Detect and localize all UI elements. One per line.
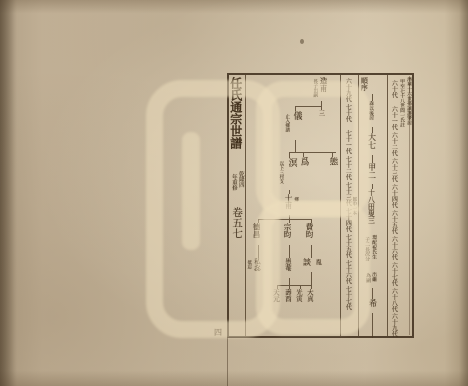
generation-label: 六十六代 xyxy=(390,236,396,261)
generation-label: 六十五代 xyxy=(390,210,396,235)
column-divider xyxy=(387,75,388,336)
generation-label: 六十代 xyxy=(390,80,396,105)
generation-label: 六十三代 xyxy=(390,158,396,183)
generation-label: 六十四代 xyxy=(390,184,396,209)
ink-smudge xyxy=(300,39,304,44)
scanned-genealogy-page: 任氏通宗世譜 乾隆四 年重修 卷五七 四 造甫 長子出嗣 三 儀 止入鄉譜 爲 … xyxy=(0,0,468,386)
lineage-line xyxy=(372,94,373,101)
lineage-line xyxy=(372,313,373,338)
watermark-shape xyxy=(256,81,370,217)
book-left-edge-shadow xyxy=(0,0,17,386)
lineage-line xyxy=(372,288,373,299)
lineage-line xyxy=(372,155,373,163)
lineage-annotation: 出繼 xyxy=(371,272,376,286)
lineage-annotation: 璟配祝氏生 xyxy=(371,235,376,269)
watermark-shape xyxy=(256,201,370,335)
generation-label: 六十八代 xyxy=(390,288,396,313)
generation-label: 六十七代 xyxy=(390,262,396,287)
page-fold-line xyxy=(227,338,228,386)
watermark-shape xyxy=(182,132,200,250)
generation-label: 六十九代 xyxy=(390,313,396,337)
book-right-edge-shadow xyxy=(459,0,468,386)
generation-label: 六十一代 xyxy=(390,106,396,131)
generation-label: 六十二代 xyxy=(390,132,396,157)
header-annotation: 潛華十六世孫誠護肇居 xyxy=(406,77,411,143)
header-annotation: 甲至七十八世間一氏註 xyxy=(399,79,404,145)
